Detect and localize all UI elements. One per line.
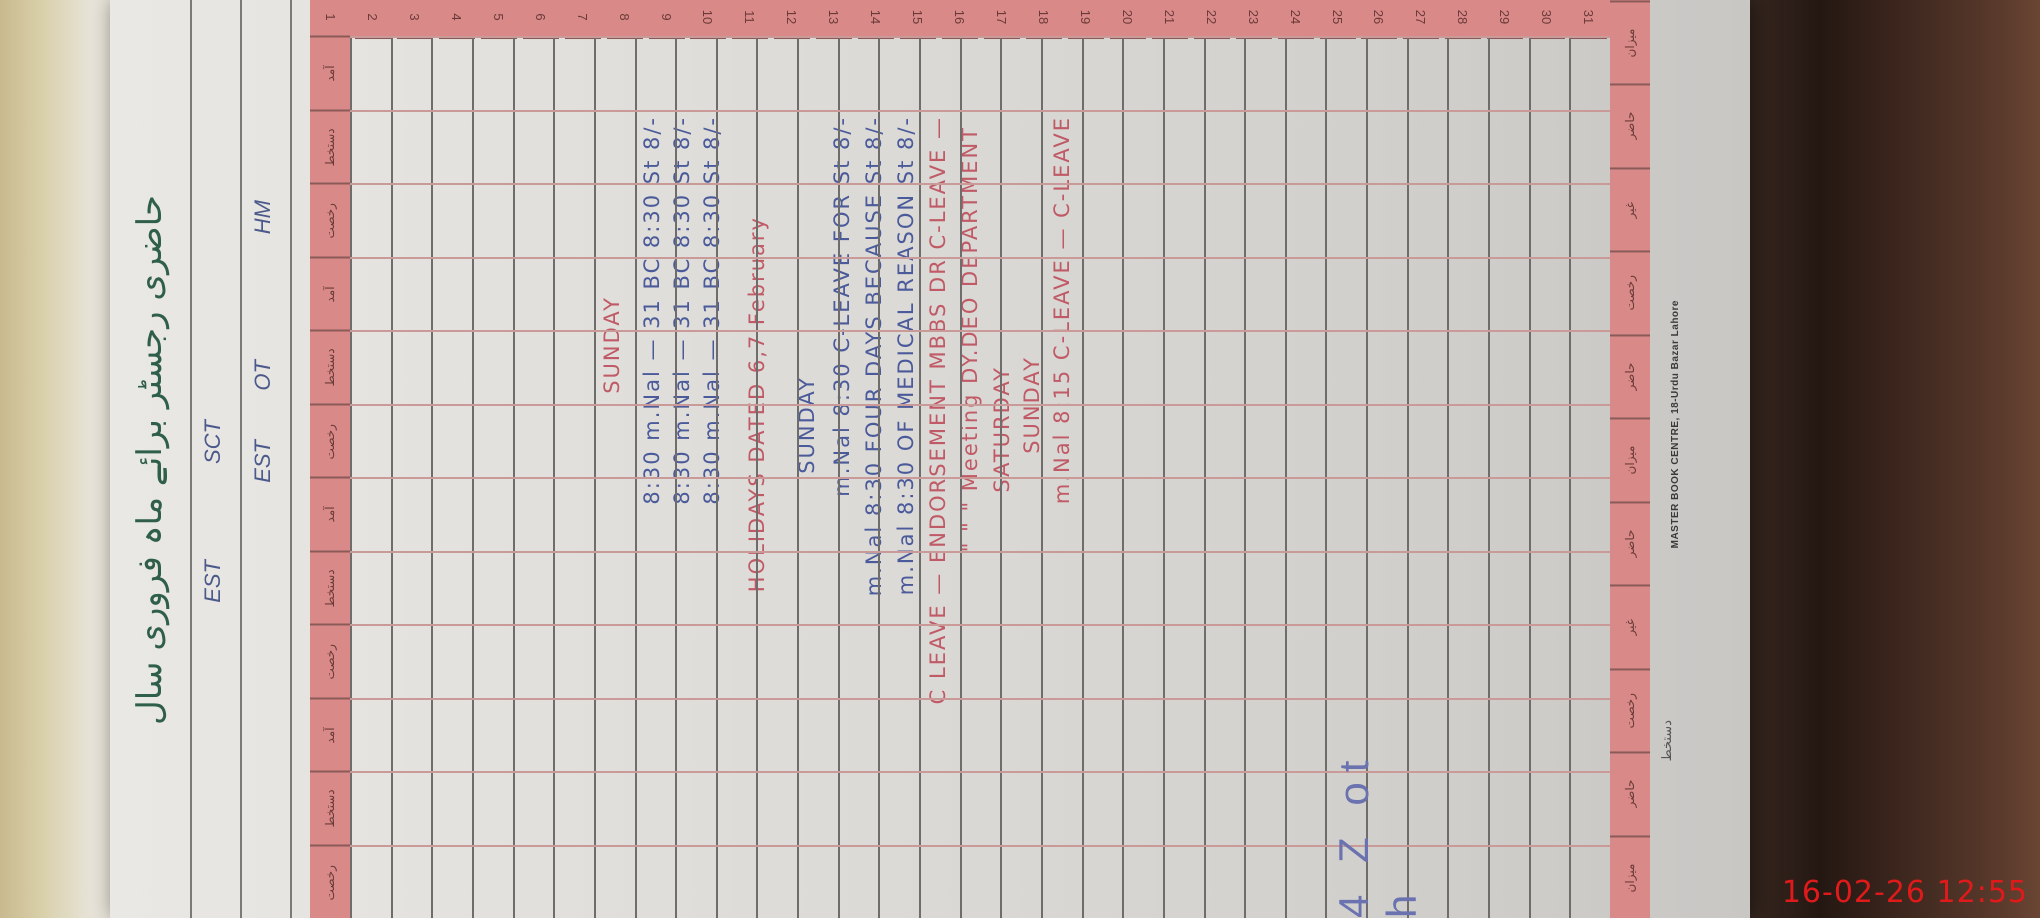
- summary-label: میزان: [1610, 835, 1650, 918]
- day-number: 15: [900, 0, 936, 39]
- grid-line: [350, 257, 1610, 259]
- grid-line: [350, 477, 1610, 479]
- register-page: حاضری رجسٹر برائے ماہ فروری سال EST SCT …: [110, 0, 1750, 918]
- summary-label: حاضر: [1610, 83, 1650, 166]
- header-divider: [240, 0, 242, 918]
- day-number: 6: [523, 0, 559, 39]
- day-number: 21: [1152, 0, 1188, 39]
- summary-label: غیر: [1610, 584, 1650, 667]
- day-number: 23: [1236, 0, 1272, 39]
- day-number: 29: [1487, 0, 1523, 39]
- register-entry: m.Nal 8:30 FOUR DAYS BECAUSE St 8/-: [862, 116, 886, 596]
- header-field-label: HM: [250, 200, 276, 234]
- day-number: 30: [1529, 0, 1565, 39]
- day-number: 10: [690, 0, 726, 39]
- day-number: 8: [607, 0, 643, 39]
- summary-label: حاضر: [1610, 334, 1650, 417]
- day-number-header: 1 2 3 4 5 6 7 8 9 10 11 12 13 14 15 16 1…: [310, 0, 1610, 36]
- grid-line: [350, 36, 1610, 38]
- register-entry: 8:30 m.Nal — 31 BC 8:30 St 8/-: [670, 116, 694, 505]
- register-entry: m.Nal 8:30 C-LEAVE FOR St 8/-: [830, 116, 854, 497]
- day-number: 28: [1445, 0, 1481, 39]
- register-entry: m.Nal 8:15 C-LEAVE — C-LEAVE: [1050, 116, 1074, 504]
- day-number: 1: [313, 0, 349, 39]
- register-entry: m.Nal 8:30 OF MEDICAL REASON St 8/-: [894, 116, 918, 595]
- register-entry: SUNDAY: [600, 296, 624, 394]
- day-number: 19: [1068, 0, 1104, 39]
- column-label: رخصت: [310, 845, 350, 918]
- day-number: 31: [1571, 0, 1607, 39]
- day-number: 4: [439, 0, 475, 39]
- day-number: 13: [816, 0, 852, 39]
- day-number: 11: [732, 0, 768, 39]
- printer-credit: MASTER BOOK CENTRE, 18-Urdu Bazar Lahore: [1670, 300, 1681, 548]
- register-entry: 8:30 m.Nal — 31 BC 8:30 St 8/-: [700, 116, 724, 505]
- column-label: آمد: [310, 477, 350, 551]
- column-label-strip: آمد دستخط رخصت آمد دستخط رخصت آمد دستخط …: [310, 36, 350, 918]
- column-label: رخصت: [310, 183, 350, 257]
- summary-label: رخصت: [1610, 668, 1650, 751]
- handwritten-scrawl: 4 Z ot h: [1330, 700, 1426, 918]
- grid-line: [350, 624, 1610, 626]
- day-number: 27: [1403, 0, 1439, 39]
- column-label: دستخط: [310, 330, 350, 404]
- day-number: 20: [1110, 0, 1146, 39]
- day-number: 3: [397, 0, 433, 39]
- day-number: 7: [565, 0, 601, 39]
- grid-line: [350, 330, 1610, 332]
- register-entry: C LEAVE — ENDORSEMENT MBBS DR C-LEAVE —: [926, 116, 950, 704]
- grid-line: [350, 183, 1610, 185]
- column-label: آمد: [310, 698, 350, 772]
- register-entry: 8:30 m.Nal — 31 BC 8:30 St 8/-: [640, 116, 664, 505]
- header-field-label: EST: [200, 560, 226, 603]
- column-label: رخصت: [310, 624, 350, 698]
- register-title: حاضری رجسٹر برائے ماہ فروری سال: [120, 10, 180, 910]
- grid-line: [350, 551, 1610, 553]
- day-number: 17: [984, 0, 1020, 39]
- photo-timestamp: 16-02-26 12:55: [1782, 875, 2028, 910]
- day-number: 25: [1319, 0, 1355, 39]
- column-label: دستخط: [310, 771, 350, 845]
- day-number: 2: [355, 0, 391, 39]
- summary-label: رخصت: [1610, 250, 1650, 333]
- column-label: دستخط: [310, 551, 350, 625]
- summary-label: میزان: [1610, 0, 1650, 83]
- header-divider: [190, 0, 192, 918]
- day-number: 5: [481, 0, 517, 39]
- summary-label: میزان: [1610, 417, 1650, 500]
- grid-line: [350, 404, 1610, 406]
- day-number: 26: [1361, 0, 1397, 39]
- summary-label: غیر: [1610, 167, 1650, 250]
- column-label: آمد: [310, 36, 350, 110]
- day-number: 14: [858, 0, 894, 39]
- summary-label: حاضر: [1610, 751, 1650, 834]
- summary-label: حاضر: [1610, 501, 1650, 584]
- day-number: 24: [1278, 0, 1314, 39]
- grid-line: [350, 110, 1610, 112]
- day-number: 22: [1194, 0, 1230, 39]
- day-number: 12: [774, 0, 810, 39]
- column-label: رخصت: [310, 404, 350, 478]
- column-label: دستخط: [310, 110, 350, 184]
- summary-label-strip: میزان حاضر غیر رخصت حاضر میزان حاضر غیر …: [1610, 0, 1650, 918]
- day-number: 16: [942, 0, 978, 39]
- day-number: 9: [648, 0, 684, 39]
- header-field-value: SCT: [200, 420, 226, 464]
- day-number: 18: [1026, 0, 1062, 39]
- header-field-value: OT: [250, 360, 276, 391]
- signature-label: دستخط: [1660, 720, 1675, 761]
- header-divider: [290, 0, 292, 918]
- column-label: آمد: [310, 257, 350, 331]
- register-header: حاضری رجسٹر برائے ماہ فروری سال EST SCT …: [110, 0, 300, 918]
- header-field-label: EST: [250, 440, 276, 483]
